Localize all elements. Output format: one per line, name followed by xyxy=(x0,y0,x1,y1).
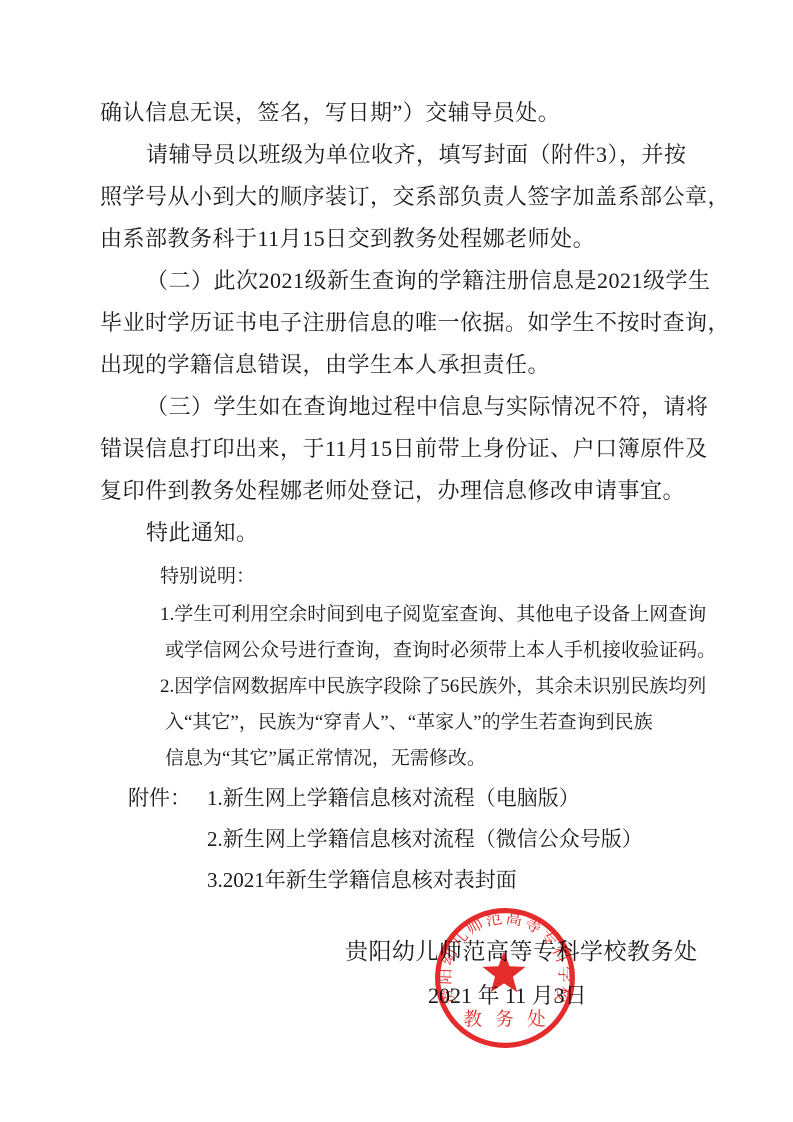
special-note-line: 1.学生可利用空余时间到电子阅览室查询、其他电子设备上网查询 xyxy=(160,597,720,633)
notice-body: 确认信息无误，签名，写日期”）交辅导员处。 请辅导员以班级为单位收齐，填写封面（… xyxy=(100,92,706,554)
official-seal: 贵阳幼儿师范高等专科学校 教务处 xyxy=(433,906,577,1050)
attachment-title: 1.新生网上学籍信息核对流程（电脑版） xyxy=(207,778,580,819)
special-note-line: 2.因学信网数据库中民族字段除了56民族外，其余未识别民族均列 xyxy=(160,669,720,705)
attachment-title: 2.新生网上学籍信息核对流程（微信公众号版） xyxy=(207,819,643,860)
notice-line: （三）学生如在查询地过程中信息与实际情况不符，请将 xyxy=(100,386,706,428)
attachment-item: 3.2021年新生学籍信息核对表封面 xyxy=(128,860,728,901)
attachment-item: 2.新生网上学籍信息核对流程（微信公众号版） xyxy=(128,819,728,860)
special-notes-heading: 特别说明： xyxy=(160,557,720,597)
notice-closing-line: 特此通知。 xyxy=(100,512,706,554)
seal-star-icon xyxy=(482,951,525,992)
notice-line: （二）此次2021级新生查询的学籍注册信息是2021级学生 xyxy=(100,260,706,302)
notice-line: 毕业时学历证书电子注册信息的唯一依据。如学生不按时查询， xyxy=(100,302,706,344)
document-page: 确认信息无误，签名，写日期”）交辅导员处。 请辅导员以班级为单位收齐，填写封面（… xyxy=(0,0,793,1122)
notice-line: 错误信息打印出来，于11月15日前带上身份证、户口簿原件及 xyxy=(100,428,706,470)
attachments-label: 附件： xyxy=(128,778,207,819)
special-notes: 特别说明： 1.学生可利用空余时间到电子阅览室查询、其他电子设备上网查询 或学信… xyxy=(160,557,720,777)
special-note-line: 入“其它”，民族为“穿青人”、“革家人”的学生若查询到民族 xyxy=(160,705,720,741)
notice-line: 确认信息无误，签名，写日期”）交辅导员处。 xyxy=(100,92,706,134)
notice-line: 照学号从小到大的顺序装订，交系部负责人签字加盖系部公章， xyxy=(100,176,706,218)
seal-center-text: 教务处 xyxy=(463,1009,559,1030)
notice-line: 由系部教务科于11月15日交到教务处程娜老师处。 xyxy=(100,218,706,260)
attachment-item: 附件： 1.新生网上学籍信息核对流程（电脑版） xyxy=(128,778,728,819)
notice-line: 复印件到教务处程娜老师处登记，办理信息修改申请事宜。 xyxy=(100,470,706,512)
attachment-title: 3.2021年新生学籍信息核对表封面 xyxy=(207,860,517,901)
notice-line: 出现的学籍信息错误，由学生本人承担责任。 xyxy=(100,344,706,386)
notice-line: 请辅导员以班级为单位收齐，填写封面（附件3），并按 xyxy=(100,134,706,176)
special-note-line: 或学信网公众号进行查询，查询时必须带上本人手机接收验证码。 xyxy=(160,633,720,669)
special-note-line: 信息为“其它”属正常情况，无需修改。 xyxy=(160,741,720,777)
attachments-list: 附件： 1.新生网上学籍信息核对流程（电脑版） 2.新生网上学籍信息核对流程（微… xyxy=(128,778,728,901)
